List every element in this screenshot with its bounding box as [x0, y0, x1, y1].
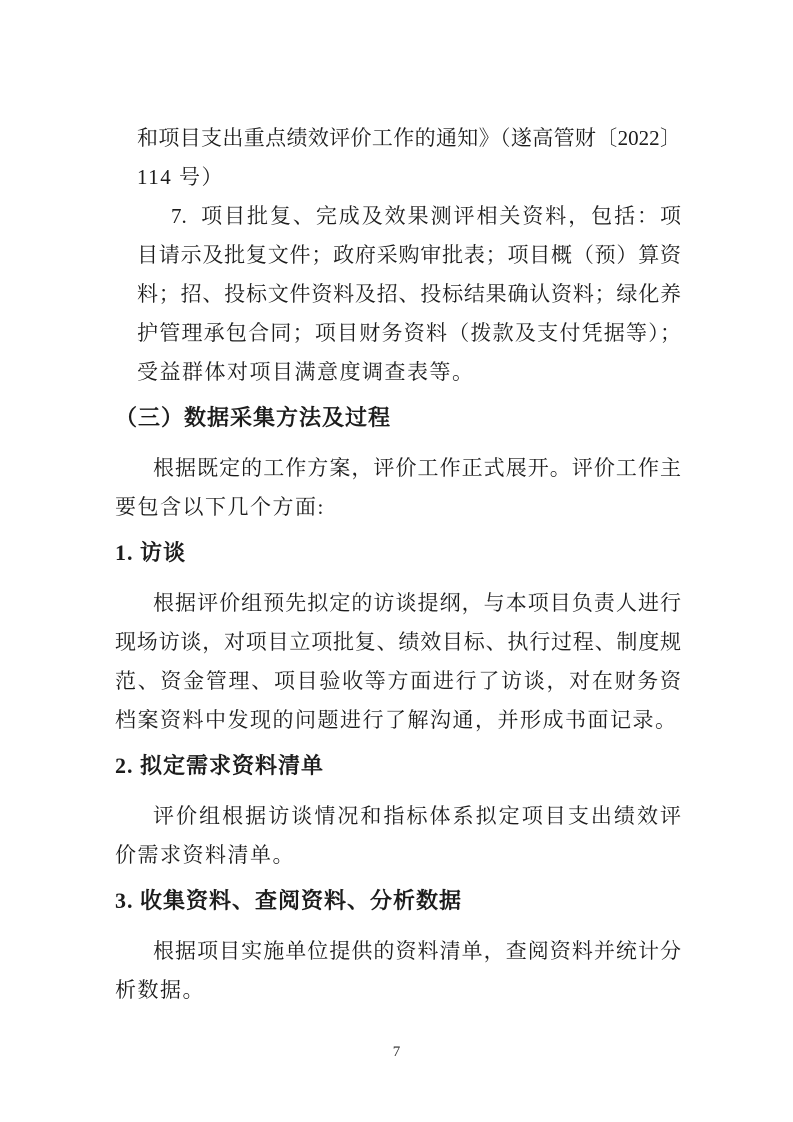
text-line: 范、资金管理、项目验收等方面进行了访谈，对在财务资料、 [115, 662, 681, 701]
section-heading-3: （三）数据采集方法及过程 [115, 398, 681, 437]
paragraph-continuation: 和项目支出重点绩效评价工作的通知》（遂高管财〔2022〕 114 号） [137, 119, 681, 197]
text-line: 评价组根据访谈情况和指标体系拟定项目支出绩效评 [115, 797, 681, 836]
text-block: 和项目支出重点绩效评价工作的通知》（遂高管财〔2022〕 114 号） 7. 项… [115, 119, 681, 1010]
paragraph: 根据项目实施单位提供的资料清单，查阅资料并统计分 析数据。 [115, 932, 681, 1010]
paragraph: 根据既定的工作方案，评价工作正式展开。评价工作主 要包含以下几个方面: [115, 449, 681, 527]
text-line: 价需求资料清单。 [115, 836, 681, 875]
text-line: 要包含以下几个方面: [115, 488, 681, 527]
text-line: 析数据。 [115, 971, 681, 1010]
subsection-heading-3: 3. 收集资料、查阅资料、分析数据 [115, 881, 681, 920]
text-line: 料；招、投标文件资料及招、投标结果确认资料；绿化养 [137, 275, 681, 314]
text-line: 档案资料中发现的问题进行了解沟通，并形成书面记录。 [115, 701, 681, 740]
text-line: 114 号） [137, 158, 681, 197]
paragraph: 评价组根据访谈情况和指标体系拟定项目支出绩效评 价需求资料清单。 [115, 797, 681, 875]
text-line: 护管理承包合同；项目财务资料（拨款及支付凭据等）； [137, 314, 681, 353]
text-line: 7. 项目批复、完成及效果测评相关资料，包括：项 [137, 197, 681, 236]
text-line: 根据项目实施单位提供的资料清单，查阅资料并统计分 [115, 932, 681, 971]
text-line: 根据既定的工作方案，评价工作正式展开。评价工作主 [115, 449, 681, 488]
paragraph-item-7: 7. 项目批复、完成及效果测评相关资料，包括：项 目请示及批复文件；政府采购审批… [137, 197, 681, 392]
subsection-heading-1: 1. 访谈 [115, 533, 681, 572]
subsection-heading-2: 2. 拟定需求资料清单 [115, 746, 681, 785]
text-line: 受益群体对项目满意度调查表等。 [137, 353, 681, 392]
document-page: 和项目支出重点绩效评价工作的通知》（遂高管财〔2022〕 114 号） 7. 项… [0, 0, 793, 1122]
page-number: 7 [0, 1042, 793, 1062]
text-line: 现场访谈，对项目立项批复、绩效目标、执行过程、制度规 [115, 623, 681, 662]
text-line: 根据评价组预先拟定的访谈提纲，与本项目负责人进行 [115, 584, 681, 623]
text-line: 目请示及批复文件；政府采购审批表；项目概（预）算资 [137, 236, 681, 275]
text-line: 和项目支出重点绩效评价工作的通知》（遂高管财〔2022〕 [137, 119, 681, 158]
paragraph: 根据评价组预先拟定的访谈提纲，与本项目负责人进行 现场访谈，对项目立项批复、绩效… [115, 584, 681, 740]
